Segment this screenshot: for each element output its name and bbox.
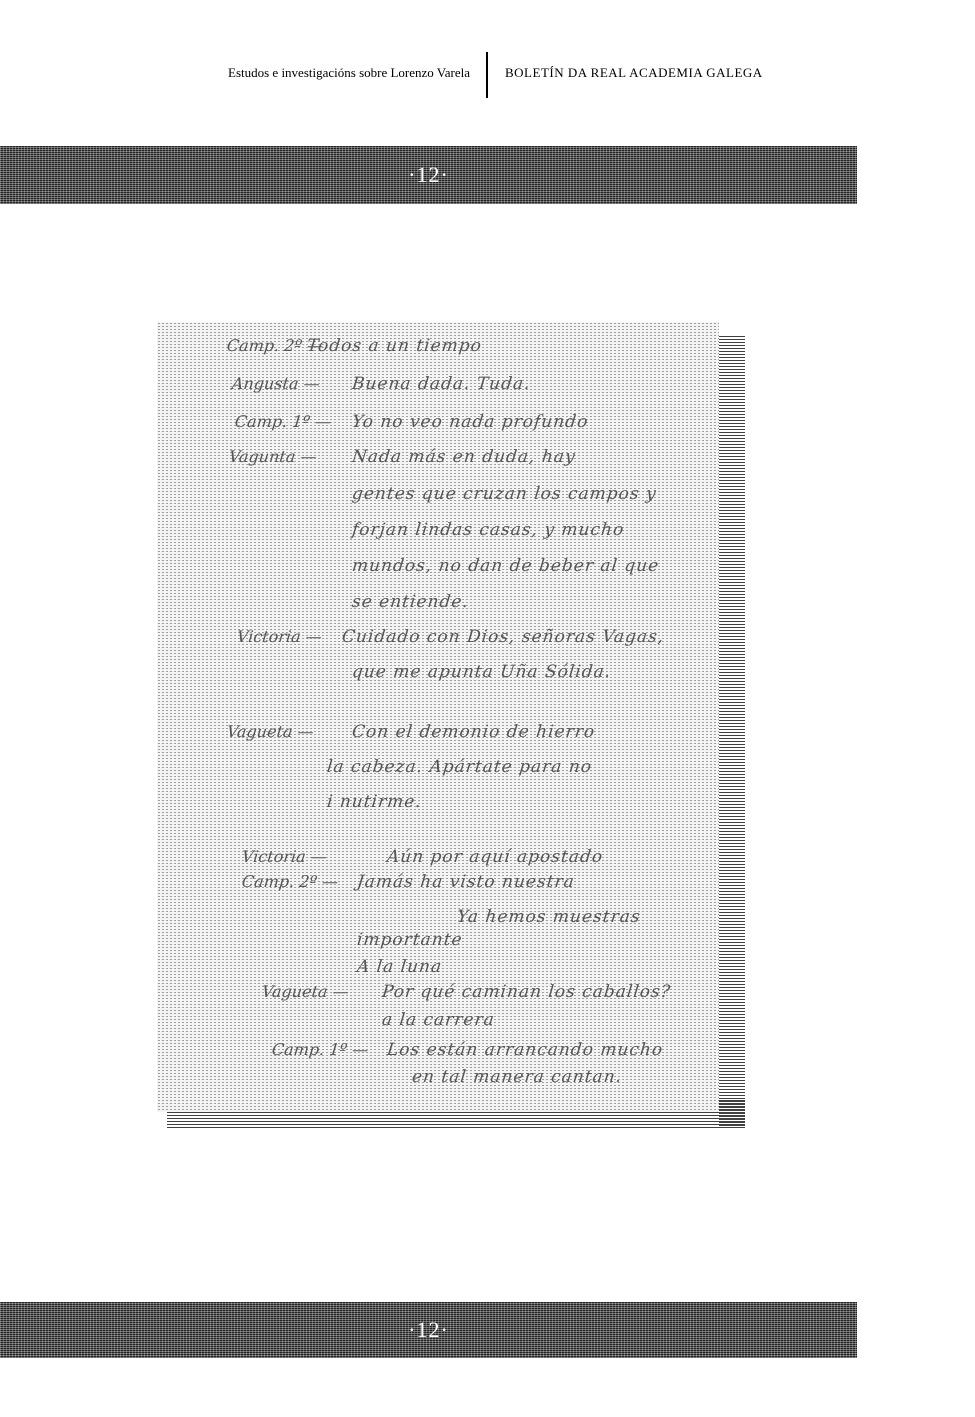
manuscript-line: mundos, no dan de beber al que: [351, 556, 660, 576]
manuscript-speaker: Vagueta —: [226, 722, 315, 741]
manuscript-line: A la luna: [356, 957, 443, 977]
manuscript-line: Nada más en duda, hay: [351, 447, 577, 467]
manuscript-line: Cuidado con Dios, señoras Vagas,: [341, 627, 665, 647]
page-number-band-top: ·12·: [0, 146, 857, 204]
running-head-journal-title: BOLETÍN DA REAL ACADEMIA GALEGA: [505, 65, 763, 81]
manuscript-line: Con el demonio de hierro: [351, 722, 596, 742]
manuscript-line: Yo no veo nada profundo: [351, 412, 589, 432]
manuscript-line: se entiende.: [351, 592, 470, 612]
manuscript-line: en tal manera cantan.: [411, 1067, 623, 1087]
page-number-top: ·12·: [0, 162, 857, 188]
manuscript-speaker: Camp. 1º —: [271, 1040, 369, 1059]
manuscript-line: gentes que cruzan los campos y: [351, 484, 658, 504]
manuscript-figure: Camp. 2º —Todos a un tiempoAngusta —Buen…: [157, 322, 719, 1112]
running-head-divider: [486, 52, 488, 98]
manuscript-line: la cabeza. Apártate para no: [326, 757, 593, 777]
page-number-bottom: ·12·: [0, 1317, 857, 1343]
manuscript-speaker: Angusta —: [231, 374, 321, 393]
manuscript-line: Buena dada. Tuda.: [351, 374, 532, 394]
running-head: Estudos e investigacións sobre Lorenzo V…: [0, 52, 975, 98]
running-head-series-title: Estudos e investigacións sobre Lorenzo V…: [228, 65, 470, 81]
figure-shadow-right: [719, 336, 745, 1126]
manuscript-speaker: Victoria —: [236, 627, 323, 646]
manuscript-line: a la carrera: [381, 1010, 496, 1030]
manuscript-speaker: Camp. 2º —: [241, 872, 339, 891]
manuscript-line: i nutirme.: [326, 792, 423, 812]
manuscript-page: Camp. 2º —Todos a un tiempoAngusta —Buen…: [157, 322, 719, 1112]
page-number-band-bottom: ·12·: [0, 1302, 857, 1358]
manuscript-speaker: Victoria —: [241, 847, 328, 866]
manuscript-line: Por qué caminan los caballos?: [381, 982, 672, 1002]
manuscript-line: Jamás ha visto nuestra: [356, 872, 576, 892]
manuscript-speaker: Camp. 1º —: [234, 412, 332, 431]
manuscript-speaker: Vagunta —: [228, 447, 318, 466]
manuscript-line: Aún por aquí apostado: [386, 847, 604, 867]
manuscript-line: que me apunta Uña Sólida.: [351, 662, 612, 682]
manuscript-line: Todos a un tiempo: [306, 336, 483, 356]
manuscript-line: Ya hemos muestras: [456, 907, 642, 927]
manuscript-speaker: Vagueta —: [261, 982, 350, 1001]
manuscript-line: Los están arrancando mucho: [386, 1040, 664, 1060]
manuscript-line: forjan lindas casas, y mucho: [351, 520, 625, 540]
manuscript-line: importante: [356, 930, 464, 950]
